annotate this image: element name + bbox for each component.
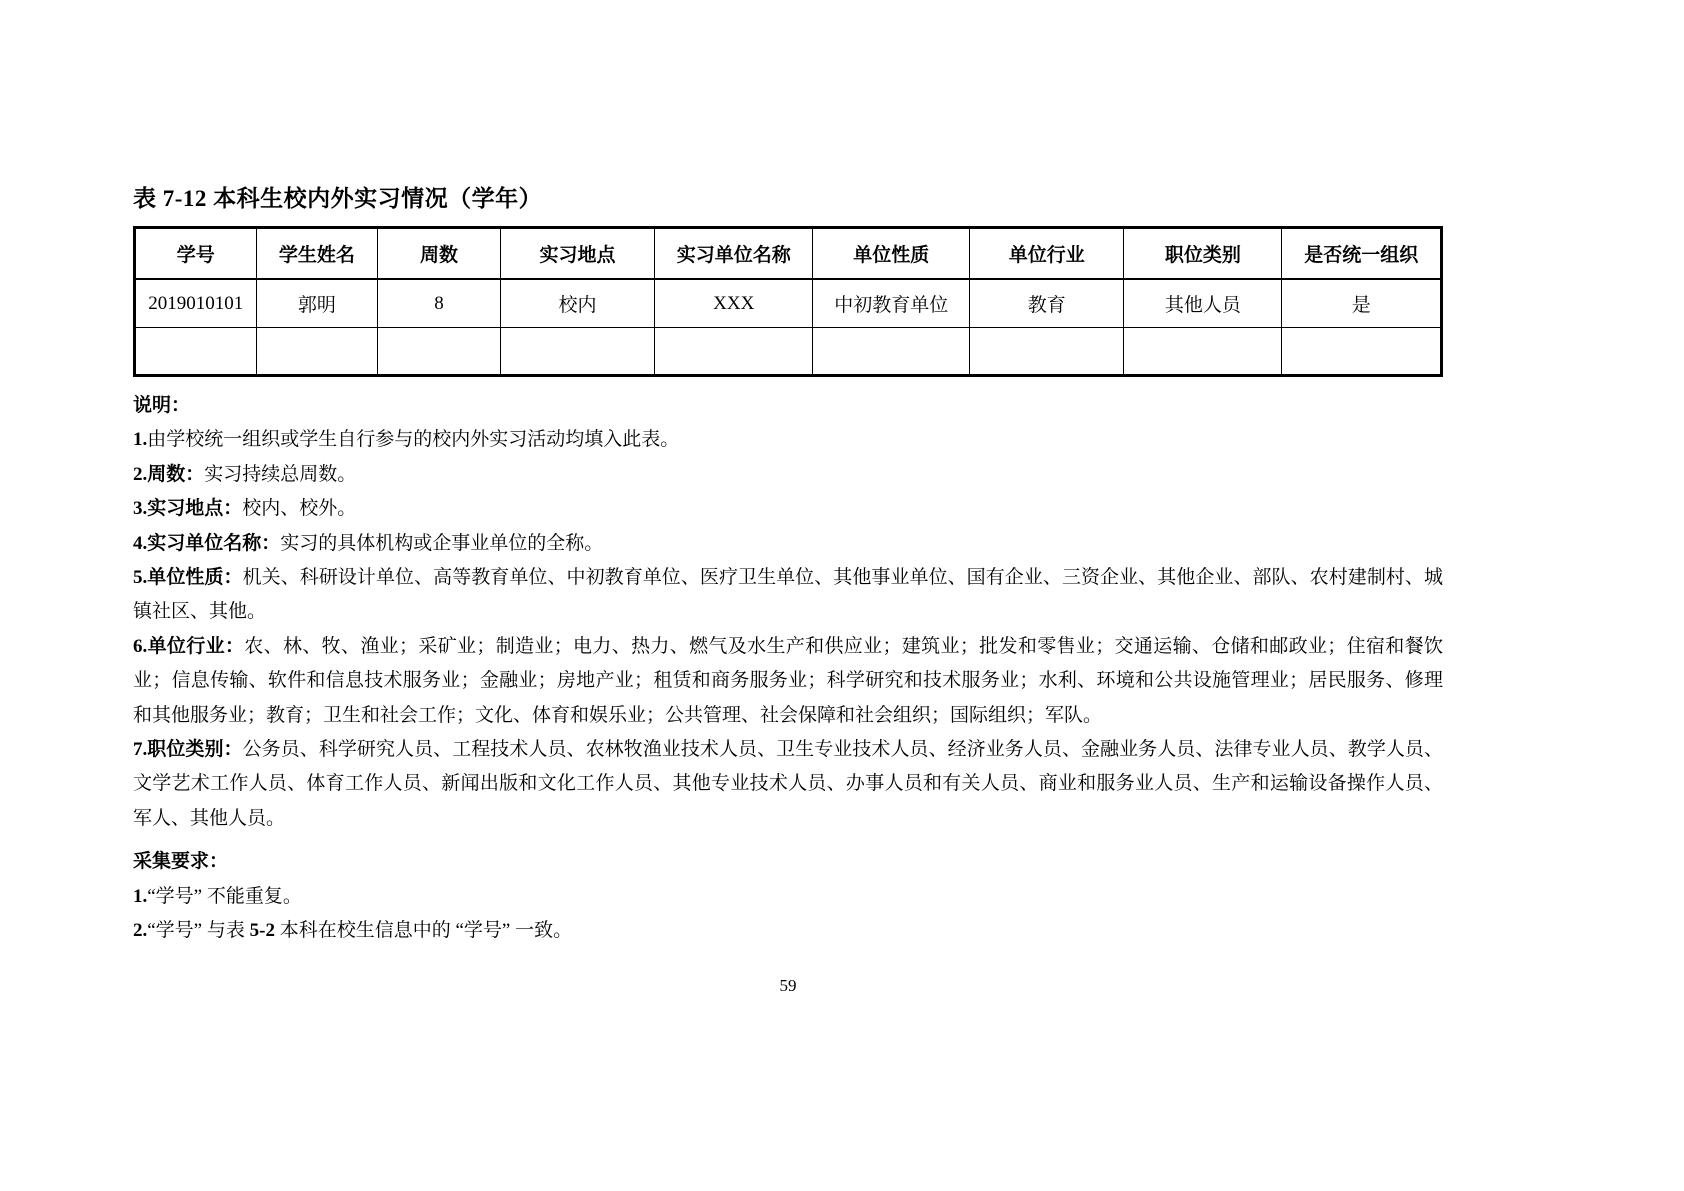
header-weeks: 周数 xyxy=(378,228,501,280)
empty-cell xyxy=(135,328,257,376)
requirement-label: 2. xyxy=(133,920,147,941)
note-label: 5.单位性质： xyxy=(133,567,243,588)
note-item-4: 4.实习单位名称：实习的具体机构或企事业单位的全称。 xyxy=(133,527,1443,561)
cell-weeks: 8 xyxy=(378,279,501,328)
note-text: 由学校统一组织或学生自行参与的校内外实习活动均填入此表。 xyxy=(147,429,679,450)
note-label: 3.实习地点： xyxy=(133,498,242,519)
cell-unit-nature: 中初教育单位 xyxy=(813,279,970,328)
note-text: 农、林、牧、渔业；采矿业；制造业；电力、热力、燃气及水生产和供应业；建筑业；批发… xyxy=(133,636,1443,726)
cell-unit-industry: 教育 xyxy=(970,279,1124,328)
header-unit-name: 实习单位名称 xyxy=(655,228,813,280)
empty-cell xyxy=(655,328,813,376)
cell-student-id: 2019010101 xyxy=(135,279,257,328)
note-item-7: 7.职位类别：公务员、科学研究人员、工程技术人员、农林牧渔业技术人员、卫生专业技… xyxy=(133,733,1443,836)
document-page: 表 7-12 本科生校内外实习情况（学年） 学号 学生姓名 周数 实习地点 实习… xyxy=(0,0,1684,1191)
header-unit-nature: 单位性质 xyxy=(813,228,970,280)
empty-cell xyxy=(813,328,970,376)
table-row-empty xyxy=(135,328,1442,376)
note-label: 4.实习单位名称： xyxy=(133,533,280,554)
page-number: 59 xyxy=(133,976,1443,996)
empty-cell xyxy=(1124,328,1282,376)
header-unit-industry: 单位行业 xyxy=(970,228,1124,280)
cell-unit-name: XXX xyxy=(655,279,813,328)
empty-cell xyxy=(256,328,378,376)
note-text: 机关、科研设计单位、高等教育单位、中初教育单位、医疗卫生单位、其他事业单位、国有… xyxy=(133,567,1443,622)
requirement-text: 本科在校生信息中的 “学号” 一致。 xyxy=(275,920,572,941)
note-label: 6.单位行业： xyxy=(133,636,244,657)
table-reference: 5-2 xyxy=(250,920,275,941)
cell-organized: 是 xyxy=(1282,279,1442,328)
header-organized: 是否统一组织 xyxy=(1282,228,1442,280)
empty-cell xyxy=(378,328,501,376)
internship-table: 学号 学生姓名 周数 实习地点 实习单位名称 单位性质 单位行业 职位类别 是否… xyxy=(133,226,1443,377)
empty-cell xyxy=(1282,328,1442,376)
requirement-item-1: 1.“学号” 不能重复。 xyxy=(133,880,1443,914)
requirements-heading: 采集要求： xyxy=(133,845,1443,879)
requirement-text: “学号” 不能重复。 xyxy=(147,886,302,907)
note-label: 7.职位类别： xyxy=(133,739,243,760)
content-area: 表 7-12 本科生校内外实习情况（学年） 学号 学生姓名 周数 实习地点 实习… xyxy=(133,180,1443,949)
header-location: 实习地点 xyxy=(500,228,654,280)
note-item-6: 6.单位行业：农、林、牧、渔业；采矿业；制造业；电力、热力、燃气及水生产和供应业… xyxy=(133,630,1443,733)
note-text: 实习的具体机构或企事业单位的全称。 xyxy=(280,533,603,554)
requirement-item-2: 2.“学号” 与表 5-2 本科在校生信息中的 “学号” 一致。 xyxy=(133,914,1443,948)
note-item-5: 5.单位性质：机关、科研设计单位、高等教育单位、中初教育单位、医疗卫生单位、其他… xyxy=(133,561,1443,630)
requirement-text: “学号” 与表 xyxy=(147,920,249,941)
note-item-2: 2.周数：实习持续总周数。 xyxy=(133,458,1443,492)
requirements-section: 采集要求： 1.“学号” 不能重复。 2.“学号” 与表 5-2 本科在校生信息… xyxy=(133,845,1443,948)
header-position-type: 职位类别 xyxy=(1124,228,1282,280)
note-text: 实习持续总周数。 xyxy=(204,464,356,485)
empty-cell xyxy=(500,328,654,376)
note-item-1: 1.由学校统一组织或学生自行参与的校内外实习活动均填入此表。 xyxy=(133,423,1443,457)
table-title: 表 7-12 本科生校内外实习情况（学年） xyxy=(133,180,1443,213)
header-student-name: 学生姓名 xyxy=(256,228,378,280)
empty-cell xyxy=(970,328,1124,376)
requirement-label: 1. xyxy=(133,886,147,907)
note-label: 2.周数： xyxy=(133,464,204,485)
note-item-3: 3.实习地点：校内、校外。 xyxy=(133,492,1443,526)
table-header-row: 学号 学生姓名 周数 实习地点 实习单位名称 单位性质 单位行业 职位类别 是否… xyxy=(135,228,1442,280)
notes-heading: 说明： xyxy=(133,389,1443,423)
note-label: 1. xyxy=(133,429,147,450)
note-text: 公务员、科学研究人员、工程技术人员、农林牧渔业技术人员、卫生专业技术人员、经济业… xyxy=(133,739,1443,829)
notes-section: 说明： 1.由学校统一组织或学生自行参与的校内外实习活动均填入此表。 2.周数：… xyxy=(133,389,1443,836)
table-row: 2019010101 郭明 8 校内 XXX 中初教育单位 教育 其他人员 是 xyxy=(135,279,1442,328)
cell-student-name: 郭明 xyxy=(256,279,378,328)
cell-position-type: 其他人员 xyxy=(1124,279,1282,328)
header-student-id: 学号 xyxy=(135,228,257,280)
cell-location: 校内 xyxy=(500,279,654,328)
note-text: 校内、校外。 xyxy=(242,498,356,519)
